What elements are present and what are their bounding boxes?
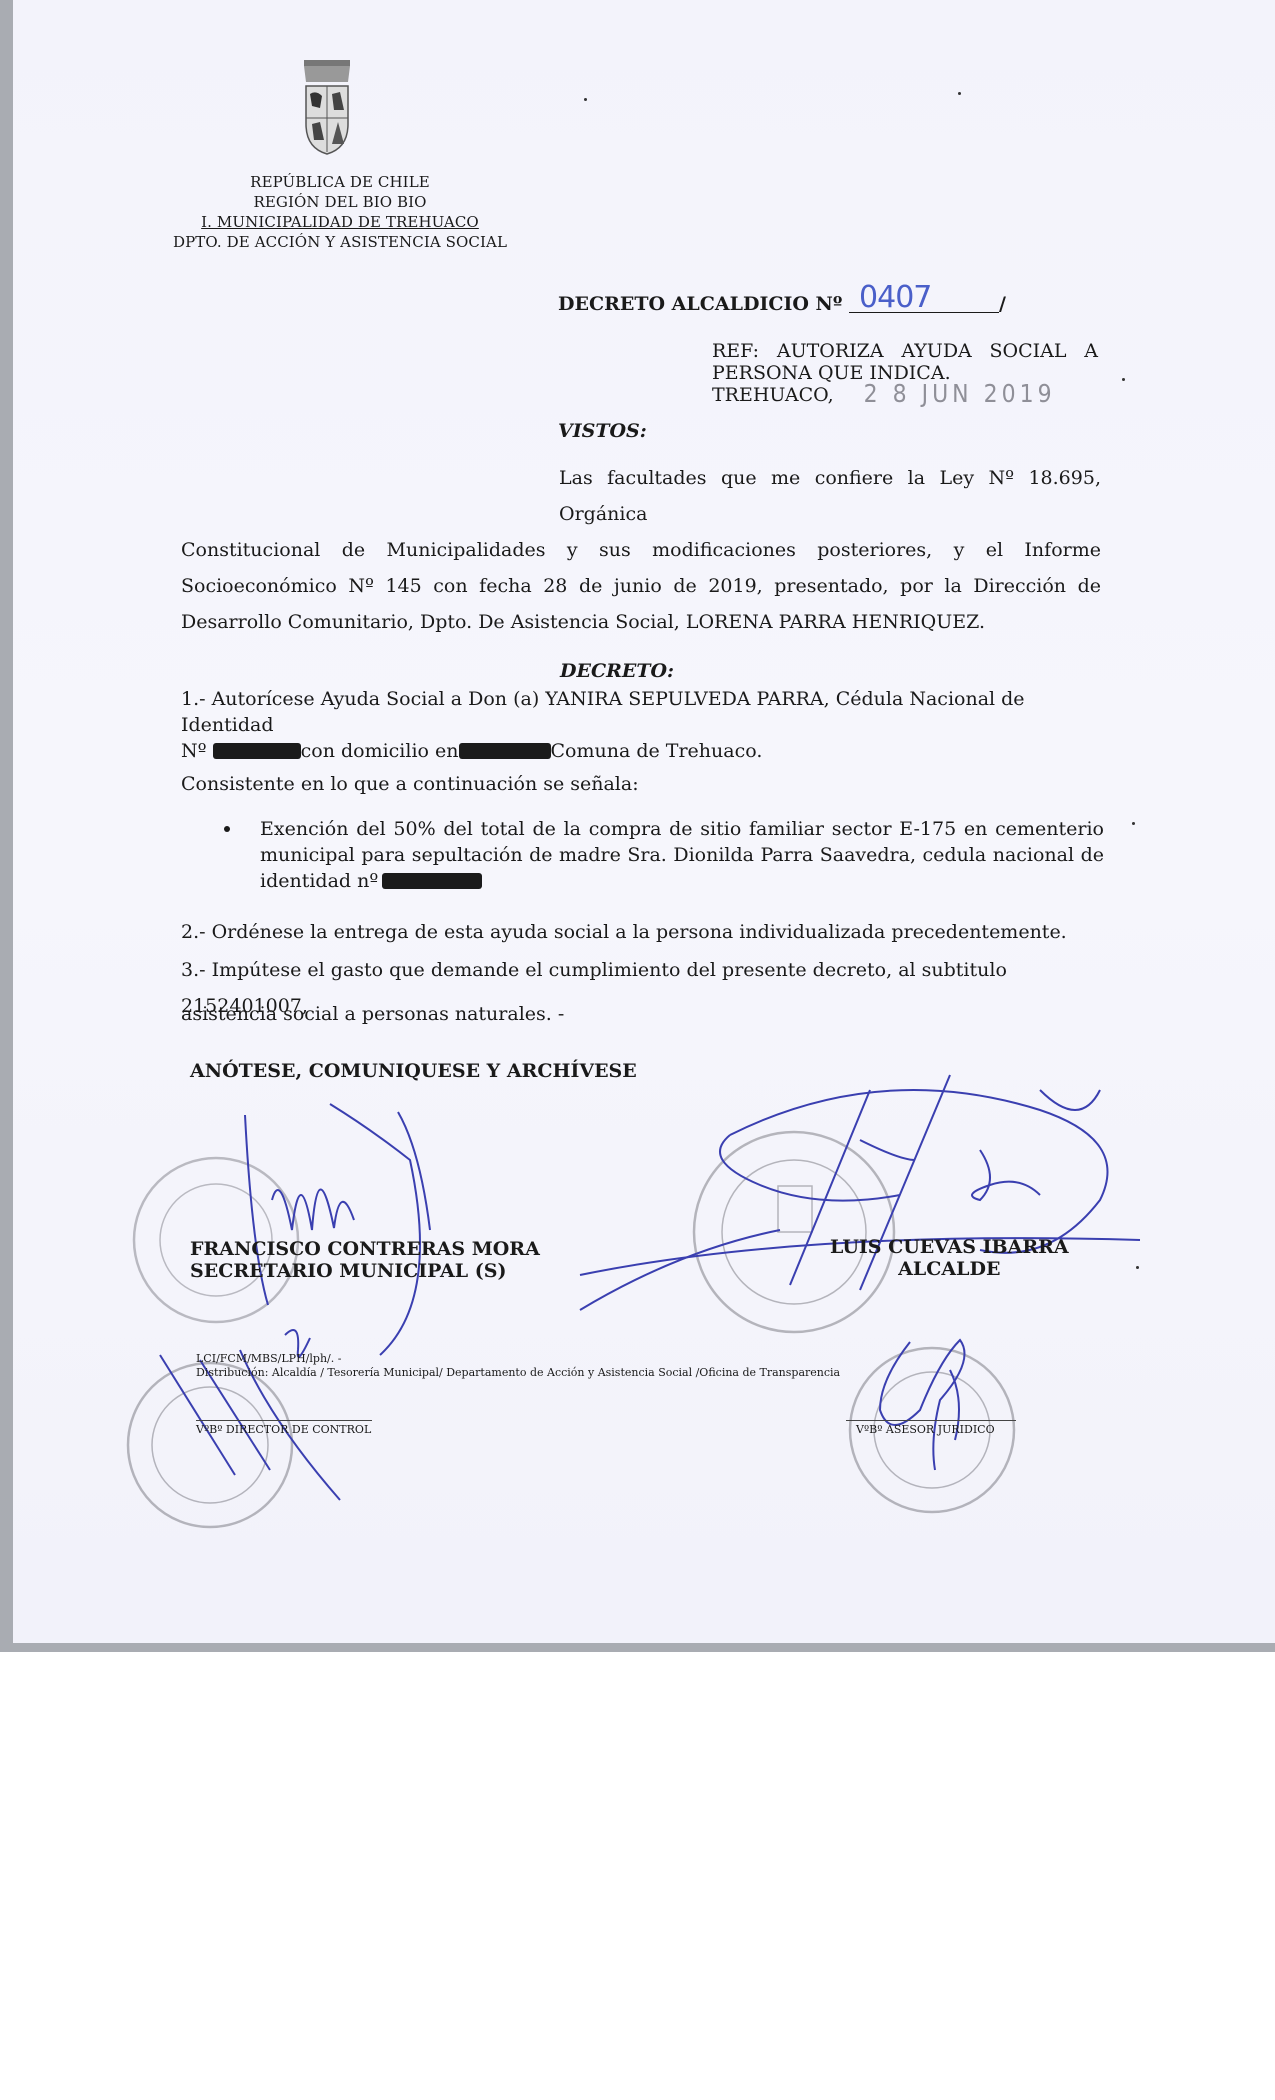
signature-block-secretario: FRANCISCO CONTRERAS MORA SECRETARIO MUNI… [190,1238,540,1282]
scan-speck [1122,378,1125,381]
signer-role: ALCALDE [830,1258,1069,1280]
redacted-address [459,743,551,759]
scan-speck [584,98,587,101]
signer-name: FRANCISCO CONTRERAS MORA [190,1238,540,1260]
place: TREHUACO, [712,384,834,406]
decree-number-handwritten: 0407 [859,280,931,315]
signature-line [846,1420,1016,1421]
consistente-line: Consistente en lo que a continuación se … [181,766,1101,802]
reference-block: REF: AUTORIZA AYUDA SOCIAL A PERSONA QUE… [712,340,1098,406]
signature-line [196,1420,372,1421]
scan-speck [958,92,961,95]
letterhead: REPÚBLICA DE CHILE REGIÓN DEL BIO BIO I.… [160,172,520,252]
benefit-bullet: Exención del 50% del total de la compra … [220,816,1104,894]
approval-asesor-juridico: VºBº ASESOR JURIDICO [856,1423,995,1436]
department: DPTO. DE ACCIÓN Y ASISTENCIA SOCIAL [160,232,520,252]
approval-director-control: VºBº DIRECTOR DE CONTROL [196,1423,371,1436]
region: REGIÓN DEL BIO BIO [160,192,520,212]
decree-item-2: 2.- Ordénese la entrega de esta ayuda so… [181,914,1101,950]
signature-block-alcalde: LUIS CUEVAS IBARRA ALCALDE [830,1236,1069,1280]
decreto-heading: DECRETO: [560,660,674,682]
scan-speck [1132,822,1135,825]
signer-name: LUIS CUEVAS IBARRA [830,1236,1069,1258]
scan-speck [1136,1266,1139,1269]
distribution-list: Distribución: Alcaldía / Tesorería Munic… [196,1366,840,1379]
reference-initials: LCI/FCM/MBS/LPH/lph/. - [196,1352,341,1365]
bullet-icon [224,826,230,832]
date-stamp: 2 8 JUN 2019 [864,382,1056,407]
signer-role: SECRETARIO MUNICIPAL (S) [190,1260,540,1282]
closing-formula: ANÓTESE, COMUNIQUESE Y ARCHÍVESE [190,1060,637,1082]
vistos-heading: VISTOS: [558,420,647,442]
redacted-id-number [382,873,482,889]
decree-title: DECRETO ALCALDICIO Nº 0407/ [558,290,1006,315]
decree-item-1: 1.- Autorícese Ayuda Social a Don (a) YA… [181,686,1101,764]
country: REPÚBLICA DE CHILE [160,172,520,192]
municipal-coat-of-arms-icon [296,60,358,156]
decree-number-field: 0407 [849,290,999,313]
redacted-id-number [213,743,301,759]
vistos-paragraph: Las facultades que me confiere la Ley Nº… [181,460,1101,640]
municipality: I. MUNICIPALIDAD DE TREHUACO [160,212,520,232]
decree-item-3-cont: asistencia social a personas naturales. … [181,996,1101,1032]
